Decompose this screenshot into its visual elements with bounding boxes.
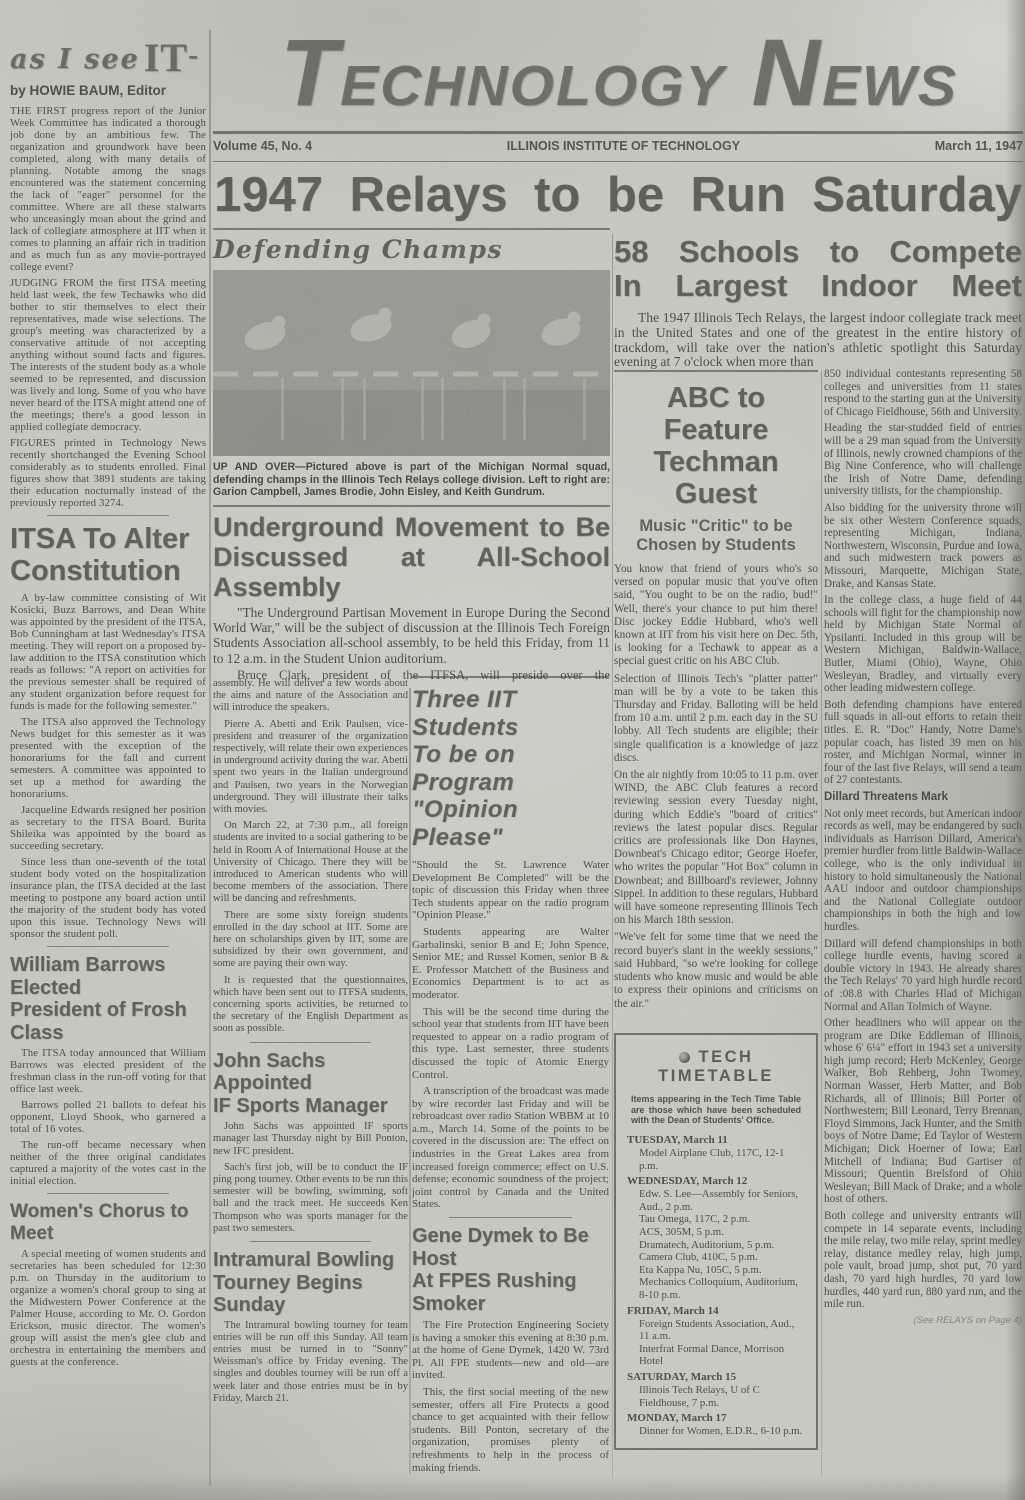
headline-line: Constitution [10, 555, 206, 587]
section-rule [614, 370, 818, 372]
underground-article-top: Underground Movement to Be Discussed at … [213, 505, 610, 682]
headline-line: "Opinion Please" [412, 796, 609, 851]
timetable-item: Interfrat Formal Dance, Morrison Hotel [627, 1343, 805, 1368]
article-paragraph: The ITSA also approved the Technology Ne… [10, 716, 206, 800]
underground-body: assembly. He will deliver a few words ab… [213, 678, 408, 1036]
folio-rule [213, 161, 1023, 162]
timetable-item: Tau Omega, 117C, 2 p.m. [627, 1213, 805, 1226]
column-3: Three IIT Students To be on Program "Opi… [412, 676, 609, 1478]
article-paragraph: You know that friend of yours who's so v… [614, 563, 818, 669]
timetable-title-text: TECH TIMETABLE [658, 1048, 774, 1085]
timetable-item: Dinner for Women, E.D.R., 6-10 p.m. [627, 1425, 805, 1438]
itsa-body: A by-law committee consisting of Wit Kos… [10, 592, 206, 940]
article-paragraph: Other headliners who will appear on the … [824, 1017, 1022, 1206]
abc-subhead: Music "Critic" to be Chosen by Students [614, 517, 818, 555]
photo-feature: Defending Champs [213, 228, 610, 499]
headline-line: 58 Schools to Compete [614, 235, 1022, 269]
timetable-bullet-icon [679, 1052, 690, 1063]
timetable-item: Mechanics Colloquium, Auditorium, 8-10 p… [627, 1276, 805, 1301]
article-paragraph: Jacqueline Edwards resigned her position… [10, 804, 206, 852]
logo-caps-text: IT [144, 35, 188, 80]
volume-number: Volume 45, No. 4 [213, 139, 312, 153]
headline-line: At FPES Rushing Smoker [412, 1270, 609, 1315]
article-paragraph: Barrows polled 21 ballots to defeat his … [10, 1099, 206, 1135]
article-paragraph: There are some sixty foreign students en… [213, 910, 408, 971]
article-paragraph: THE FIRST progress report of the Junior … [10, 105, 206, 273]
headline-line: In Largest Indoor Meet [614, 269, 1022, 303]
subhead-line: Chosen by Students [614, 536, 818, 555]
barrows-headline: William Barrows Elected President of Fro… [10, 954, 206, 1044]
timetable-item: ACS, 305M, 5 p.m. [627, 1226, 805, 1239]
article-paragraph: A by-law committee consisting of Wit Kos… [10, 592, 206, 712]
timetable-item: Eta Kappa Nu, 105C, 5 p.m. [627, 1264, 805, 1277]
timetable-day: SATURDAY, March 15 [627, 1371, 805, 1384]
headline-line: Intramural Bowling [213, 1249, 408, 1272]
column-2: assembly. He will deliver a few words ab… [213, 678, 408, 1409]
section-rule [47, 1193, 169, 1194]
dillard-subhead: Dillard Threatens Mark [824, 791, 1022, 804]
section-rule [47, 946, 169, 947]
section-rule [412, 676, 609, 678]
article-paragraph: Selection of Illinois Tech's "platter pa… [614, 673, 818, 765]
headline-line: William Barrows Elected [10, 954, 206, 999]
column-divider [209, 30, 211, 1486]
bowling-headline: Intramural Bowling Tourney Begins Sunday [213, 1249, 408, 1317]
column-divider [821, 370, 823, 1476]
article-paragraph: "The Underground Partisan Movement in Eu… [213, 605, 610, 666]
opinion-headline: Three IIT Students To be on Program "Opi… [412, 686, 609, 851]
banner-headline: 1947 Relays to be Run Saturday [214, 167, 1022, 223]
section-rule [213, 228, 610, 230]
newspaper-front-page: as I see IT- by HOWIE BAUM, Editor THE F… [0, 0, 1025, 1500]
folio-line: Volume 45, No. 4 ILLINOIS INSTITUTE OF T… [213, 139, 1023, 153]
article-paragraph: The 1947 Illinois Tech Relays, the large… [614, 311, 1022, 370]
article-paragraph: Sach's first job, will be to conduct the… [213, 1162, 408, 1235]
article-paragraph: "Should the St. Lawrence Water Developme… [412, 859, 609, 922]
article-paragraph: Both defending champions have entered fu… [824, 699, 1022, 787]
continuation-jump-line: (See RELAYS on Page 4) [824, 1315, 1022, 1328]
article-paragraph: The Fire Protection Engineering Society … [412, 1319, 609, 1382]
section-rule [449, 1217, 571, 1218]
photo-caption: UP AND OVER—Pictured above is part of th… [213, 461, 610, 499]
issue-date: March 11, 1947 [935, 139, 1023, 153]
section-rule [250, 1241, 371, 1242]
subhead-line: Music "Critic" to be [614, 517, 818, 536]
dymek-headline: Gene Dymek to Be Host At FPES Rushing Sm… [412, 1225, 609, 1315]
headline-line: Techman Guest [614, 446, 818, 510]
itsa-headline: ITSA To Alter Constitution [10, 523, 206, 587]
timetable-item: Illinois Tech Relays, U of C Fieldhouse,… [627, 1384, 805, 1409]
timetable-day: MONDAY, March 17 [627, 1412, 805, 1425]
fiftyeight-lead: The 1947 Illinois Tech Relays, the large… [614, 311, 1022, 370]
photo-label: Defending Champs [213, 235, 610, 264]
article-paragraph: The ITSA today announced that William Ba… [10, 1047, 206, 1095]
headline-line: Gene Dymek to Be Host [412, 1225, 609, 1270]
headline-line: ABC to Feature [614, 382, 818, 446]
headline-line: Underground Movement to Be [213, 512, 610, 542]
headline-line: John Sachs Appointed [213, 1050, 408, 1095]
fiftyeight-body: 850 individual contestants representing … [824, 368, 1022, 1327]
editor-byline: by HOWIE BAUM, Editor [10, 83, 206, 98]
dymek-body: The Fire Protection Engineering Society … [412, 1319, 609, 1474]
underground-headline: Underground Movement to Be Discussed at … [213, 512, 610, 602]
bowling-body: The Intramural bowling tourney for team … [213, 1320, 408, 1405]
as-i-see-it-logo: as I see IT- [10, 34, 206, 81]
sachs-headline: John Sachs Appointed IF Sports Manager [213, 1050, 408, 1118]
section-rule [47, 515, 169, 516]
article-paragraph: Dillard will defend championships in bot… [824, 938, 1022, 1014]
article-paragraph: The run-off became necessary when neithe… [10, 1139, 206, 1187]
fiftyeight-headline: 58 Schools to Compete In Largest Indoor … [614, 235, 1022, 303]
timetable-item: Foreign Students Association, Aud., 11 a… [627, 1318, 805, 1343]
headline-line: Discussed at All-School Assembly [213, 542, 610, 602]
sachs-body: John Sachs was appointed IF sports manag… [213, 1121, 408, 1235]
article-paragraph: "We've felt for some time that we need t… [614, 931, 818, 1010]
logo-dash: - [188, 38, 198, 71]
fiftyeight-article-top: 58 Schools to Compete In Largest Indoor … [614, 235, 1022, 370]
timetable-item: Edw. S. Lee—Assembly for Seniors, Aud., … [627, 1188, 805, 1213]
chorus-headline: Women's Chorus to Meet [10, 1201, 206, 1245]
timetable-day: WEDNESDAY, March 12 [627, 1175, 805, 1188]
underground-lead: "The Underground Partisan Movement in Eu… [213, 605, 610, 666]
article-paragraph: A transcription of the broadcast was mad… [412, 1085, 609, 1211]
article-paragraph: Also bidding for the university throne w… [824, 502, 1022, 590]
headline-line: To be on Program [412, 741, 609, 796]
headline-line: Tourney Begins Sunday [213, 1272, 408, 1317]
headline-line: President of Frosh Class [10, 999, 206, 1044]
headline-line: ITSA To Alter [10, 523, 206, 555]
institution-name: ILLINOIS INSTITUTE OF TECHNOLOGY [507, 139, 740, 153]
article-paragraph: 850 individual contestants representing … [824, 368, 1022, 418]
column-divider [409, 688, 411, 1474]
article-paragraph: Pierre A. Abetti and Erik Paulsen, vice-… [213, 719, 408, 817]
column-5: 850 individual contestants representing … [824, 368, 1022, 1327]
article-paragraph: In the college class, a huge field of 44… [824, 594, 1022, 695]
abc-body: You know that friend of yours who's so v… [614, 563, 818, 1011]
tech-timetable-box: TECH TIMETABLE Items appearing in the Te… [614, 1033, 818, 1450]
relays-photo-illustration [213, 270, 610, 456]
section-rule [213, 505, 610, 507]
timetable-day: FRIDAY, March 14 [627, 1305, 805, 1318]
timetable-title: TECH TIMETABLE [627, 1048, 805, 1086]
article-paragraph: Since less than one-seventh of the total… [10, 856, 206, 940]
opinion-body: "Should the St. Lawrence Water Developme… [412, 859, 609, 1211]
article-paragraph: This, the first social meeting of the ne… [412, 1386, 609, 1474]
timetable-item: Camera Club, 410C, 5 p.m. [627, 1251, 805, 1264]
logo-script-text: as I see [10, 44, 140, 75]
headline-line: Three IIT Students [412, 686, 609, 741]
article-paragraph: Both college and university entrants wil… [824, 1210, 1022, 1311]
column-divider [612, 234, 614, 1478]
column-4: ABC to Feature Techman Guest Music "Crit… [614, 370, 818, 1450]
abc-headline: ABC to Feature Techman Guest [614, 382, 818, 510]
headline-line: IF Sports Manager [213, 1095, 408, 1118]
article-paragraph: Students appearing are Walter Garbalinsk… [412, 926, 609, 1002]
article-paragraph: The Intramural bowling tourney for team … [213, 1320, 408, 1405]
editorial-body: THE FIRST progress report of the Junior … [10, 105, 206, 509]
article-paragraph: On March 22, at 7:30 p.m., all foreign s… [213, 820, 408, 905]
article-paragraph: It is requested that the questionnaires,… [213, 975, 408, 1036]
article-paragraph: Heading the star-studded field of entrie… [824, 422, 1022, 498]
timetable-note: Items appearing in the Tech Time Table a… [631, 1094, 801, 1126]
masthead-title-word: News [751, 28, 957, 131]
editorial-column: as I see IT- by HOWIE BAUM, Editor THE F… [10, 34, 206, 1372]
article-paragraph: This will be the second time during the … [412, 1006, 609, 1082]
article-paragraph: A special meeting of women students and … [10, 1248, 206, 1368]
article-paragraph: FIGURES printed in Technology News recen… [10, 437, 206, 509]
article-paragraph: assembly. He will deliver a few words ab… [213, 678, 408, 715]
timetable-item: Model Airplane Club, 117C, 12-1 p.m. [627, 1147, 805, 1172]
timetable-day: TUESDAY, March 11 [627, 1134, 805, 1147]
article-paragraph: John Sachs was appointed IF sports manag… [213, 1121, 408, 1158]
section-rule [250, 1042, 371, 1043]
masthead: TechnologyNews [216, 28, 1022, 131]
timetable-item: Dramatech, Auditorium, 5 p.m. [627, 1239, 805, 1252]
masthead-rule [213, 131, 1023, 134]
article-paragraph: On the air nightly from 10:05 to 11 p.m.… [614, 769, 818, 927]
chorus-body: A special meeting of women students and … [10, 1248, 206, 1368]
article-paragraph: JUDGING FROM the first ITSA meeting held… [10, 277, 206, 433]
article-paragraph: Not only meet records, but American indo… [824, 808, 1022, 934]
masthead-title-word: Technology [280, 28, 725, 131]
barrows-body: The ITSA today announced that William Ba… [10, 1047, 206, 1187]
